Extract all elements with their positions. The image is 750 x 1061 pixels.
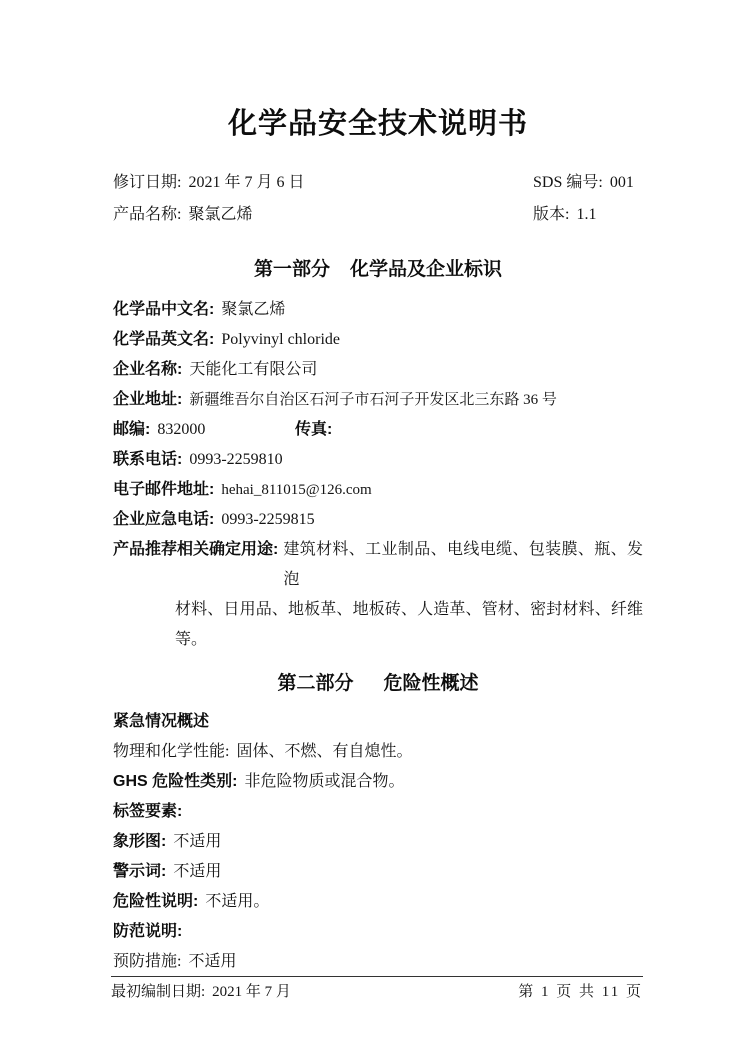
email-label: 电子邮件地址: <box>113 481 214 498</box>
sds-number-label: SDS 编号: <box>533 174 603 191</box>
field-ghs-class: GHS 危险性类别:非危险物质或混合物。 <box>113 767 643 797</box>
field-company-address: 企业地址:新疆维吾尔自治区石河子市石河子开发区北三东路 36 号 <box>113 385 643 415</box>
company-address-label: 企业地址: <box>113 391 182 408</box>
recommended-use-line1: 建筑材料、工业制品、电线电缆、包装膜、瓶、发泡 <box>283 535 643 595</box>
recommended-use-line2: 材料、日用品、地板革、地板砖、人造革、管材、密封材料、纤维 <box>113 595 643 625</box>
field-prevention: 预防措施:不适用 <box>113 947 643 977</box>
pictogram-label: 象形图: <box>113 833 166 850</box>
english-name-value: Polyvinyl chloride <box>221 331 340 348</box>
initial-date-value: 2021 年 7 月 <box>212 984 291 1000</box>
section1-heading: 第一部分化学品及企业标识 <box>113 255 643 285</box>
page-footer: 最初编制日期:2021 年 7 月 第 1 页 共 11 页 <box>111 976 643 1002</box>
sds-number-value: 001 <box>610 174 634 191</box>
chinese-name-label: 化学品中文名: <box>113 301 214 318</box>
initial-date: 最初编制日期:2021 年 7 月 <box>111 982 291 1002</box>
section2-heading: 第二部分危险性概述 <box>113 669 643 699</box>
ghs-class-value: 非危险物质或混合物。 <box>244 773 404 790</box>
field-phone: 联系电话:0993-2259810 <box>113 445 643 475</box>
company-name-value: 天能化工有限公司 <box>189 361 317 378</box>
section1-heading-part: 第一部分 <box>254 259 330 280</box>
postcode-label: 邮编: <box>113 421 150 438</box>
initial-date-label: 最初编制日期: <box>111 984 205 1000</box>
meta-row-revision: 修订日期:2021 年 7 月 6 日 SDS 编号:001 <box>113 167 643 199</box>
signal-word-value: 不适用 <box>173 863 221 880</box>
chinese-name-value: 聚氯乙烯 <box>221 301 285 318</box>
fax-label: 传真: <box>295 421 332 438</box>
emergency-phone-value: 0993-2259815 <box>221 511 314 528</box>
pictogram-value: 不适用 <box>173 833 221 850</box>
product-name-label: 产品名称: <box>113 206 181 223</box>
document-content: 化学品安全技术说明书 修订日期:2021 年 7 月 6 日 SDS 编号:00… <box>113 0 643 977</box>
phone-label: 联系电话: <box>113 451 182 468</box>
phone-value: 0993-2259810 <box>189 451 282 468</box>
postcode-value: 832000 <box>157 421 205 438</box>
recommended-use-line3: 等。 <box>113 625 643 655</box>
field-email: 电子邮件地址:hehai_811015@126.com <box>113 475 643 505</box>
company-address-value: 新疆维吾尔自治区石河子市石河子开发区北三东路 36 号 <box>189 392 557 408</box>
field-english-name: 化学品英文名:Polyvinyl chloride <box>113 325 643 355</box>
english-name-label: 化学品英文名: <box>113 331 214 348</box>
revision-date-label: 修订日期: <box>113 174 181 191</box>
field-emergency-phone: 企业应急电话:0993-2259815 <box>113 505 643 535</box>
emergency-phone-label: 企业应急电话: <box>113 511 214 528</box>
product-name-value: 聚氯乙烯 <box>188 206 252 223</box>
field-physical-properties: 物理和化学性能:固体、不燃、有自熄性。 <box>113 737 643 767</box>
field-company-name: 企业名称:天能化工有限公司 <box>113 355 643 385</box>
physical-properties-value: 固体、不燃、有自熄性。 <box>236 743 412 760</box>
version: 版本:1.1 <box>533 199 596 231</box>
page-number: 第 1 页 共 11 页 <box>518 982 643 1002</box>
fax: 传真: <box>295 415 332 445</box>
prevention-value: 不适用 <box>188 953 236 970</box>
section2-heading-name: 危险性概述 <box>384 669 479 699</box>
physical-properties-label: 物理和化学性能: <box>113 743 229 760</box>
section2-fields: 紧急情况概述 物理和化学性能:固体、不燃、有自熄性。 GHS 危险性类别:非危险… <box>113 707 643 977</box>
field-hazard-statement: 危险性说明:不适用。 <box>113 887 643 917</box>
revision-date-value: 2021 年 7 月 6 日 <box>188 174 304 191</box>
prevention-label: 预防措施: <box>113 953 181 970</box>
ghs-class-label: GHS 危险性类别: <box>113 773 237 790</box>
sds-number: SDS 编号:001 <box>533 167 634 199</box>
field-postcode-fax: 邮编:832000 传真: <box>113 415 643 445</box>
precaution-heading: 防范说明: <box>113 917 643 947</box>
label-elements-heading: 标签要素: <box>113 797 643 827</box>
document-meta: 修订日期:2021 年 7 月 6 日 SDS 编号:001 产品名称:聚氯乙烯… <box>113 167 643 231</box>
recommended-use-label: 产品推荐相关确定用途: <box>113 535 278 595</box>
field-pictogram: 象形图:不适用 <box>113 827 643 857</box>
sds-document-page: 化学品安全技术说明书 修订日期:2021 年 7 月 6 日 SDS 编号:00… <box>0 0 750 1061</box>
hazard-statement-label: 危险性说明: <box>113 893 198 910</box>
field-recommended-use: 产品推荐相关确定用途:建筑材料、工业制品、电线电缆、包装膜、瓶、发泡 <box>113 535 643 595</box>
field-chinese-name: 化学品中文名:聚氯乙烯 <box>113 295 643 325</box>
section1-fields: 化学品中文名:聚氯乙烯 化学品英文名:Polyvinyl chloride 企业… <box>113 295 643 655</box>
meta-row-product: 产品名称:聚氯乙烯 版本:1.1 <box>113 199 643 231</box>
company-name-label: 企业名称: <box>113 361 182 378</box>
hazard-statement-value: 不适用。 <box>205 893 269 910</box>
section1-heading-name: 化学品及企业标识 <box>350 255 502 285</box>
version-value: 1.1 <box>576 206 596 223</box>
section2-heading-part: 第二部分 <box>277 673 353 694</box>
emergency-overview-heading: 紧急情况概述 <box>113 707 643 737</box>
email-value: hehai_811015@126.com <box>221 482 371 498</box>
field-signal-word: 警示词:不适用 <box>113 857 643 887</box>
version-label: 版本: <box>533 206 569 223</box>
signal-word-label: 警示词: <box>113 863 166 880</box>
document-title: 化学品安全技术说明书 <box>113 0 643 144</box>
